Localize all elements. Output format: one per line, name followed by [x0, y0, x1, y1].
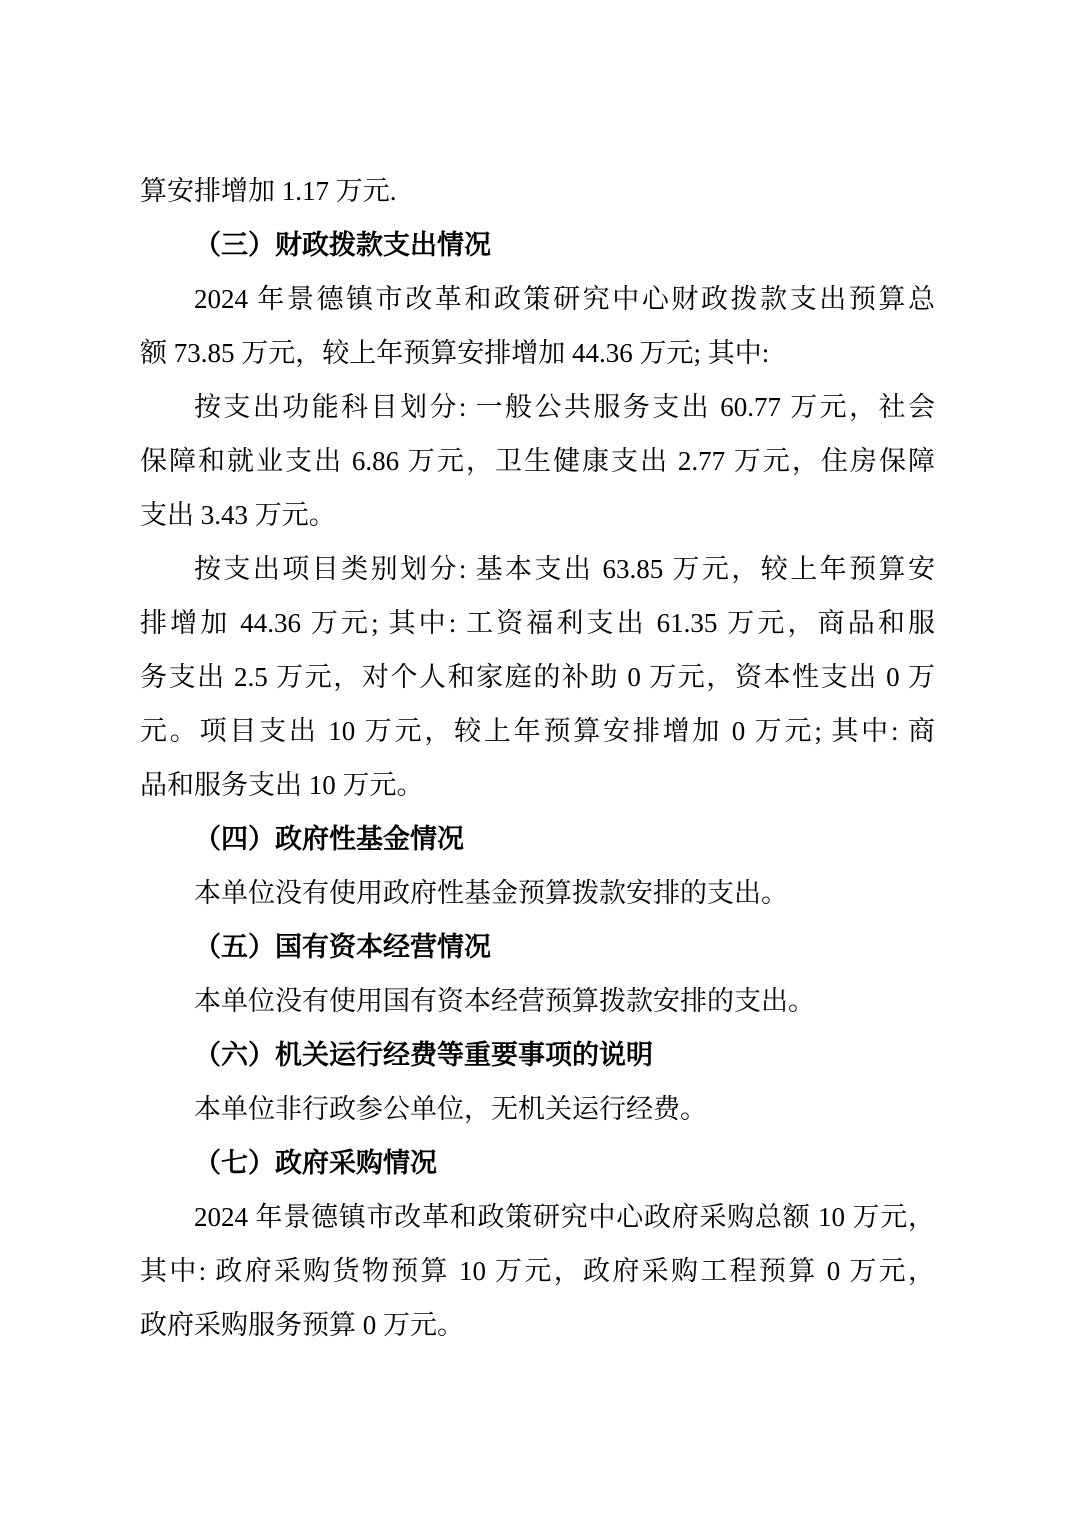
doc-line: 政府采购服务预算 0 万元。: [140, 1298, 935, 1352]
section-heading-government-funds: （四）政府性基金情况: [140, 812, 935, 866]
section-heading-state-capital: （五）国有资本经营情况: [140, 920, 935, 974]
section-heading-operating-expenses: （六）机关运行经费等重要事项的说明: [140, 1028, 935, 1082]
doc-line: 保障和就业支出 6.86 万元，卫生健康支出 2.77 万元，住房保障: [140, 434, 935, 488]
doc-line: 额 73.85 万元，较上年预算安排增加 44.36 万元; 其中:: [140, 326, 935, 380]
doc-line: 按支出功能科目划分: 一般公共服务支出 60.77 万元，社会: [140, 380, 935, 434]
doc-line: 务支出 2.5 万元，对个人和家庭的补助 0 万元，资本性支出 0 万: [140, 650, 935, 704]
doc-line: 本单位没有使用政府性基金预算拨款安排的支出。: [140, 866, 935, 920]
doc-line: 排增加 44.36 万元; 其中: 工资福利支出 61.35 万元，商品和服: [140, 596, 935, 650]
doc-line: 支出 3.43 万元。: [140, 488, 935, 542]
doc-line: 品和服务支出 10 万元。: [140, 758, 935, 812]
doc-line: 2024 年景德镇市改革和政策研究中心政府采购总额 10 万元，: [140, 1190, 935, 1244]
doc-line: 2024 年景德镇市改革和政策研究中心财政拨款支出预算总: [140, 272, 935, 326]
document-text-block: 算安排增加 1.17 万元. （三）财政拨款支出情况 2024 年景德镇市改革和…: [140, 164, 935, 1352]
document-page: 算安排增加 1.17 万元. （三）财政拨款支出情况 2024 年景德镇市改革和…: [0, 0, 1074, 1520]
section-heading-procurement: （七）政府采购情况: [140, 1136, 935, 1190]
doc-line: 按支出项目类别划分: 基本支出 63.85 万元，较上年预算安: [140, 542, 935, 596]
section-heading-fiscal-expenditure: （三）财政拨款支出情况: [140, 218, 935, 272]
doc-line: 算安排增加 1.17 万元.: [140, 164, 935, 218]
doc-line: 其中: 政府采购货物预算 10 万元，政府采购工程预算 0 万元，: [140, 1244, 935, 1298]
doc-line: 本单位非行政参公单位，无机关运行经费。: [140, 1082, 935, 1136]
doc-line: 元。项目支出 10 万元，较上年预算安排增加 0 万元; 其中: 商: [140, 704, 935, 758]
doc-line: 本单位没有使用国有资本经营预算拨款安排的支出。: [140, 974, 935, 1028]
